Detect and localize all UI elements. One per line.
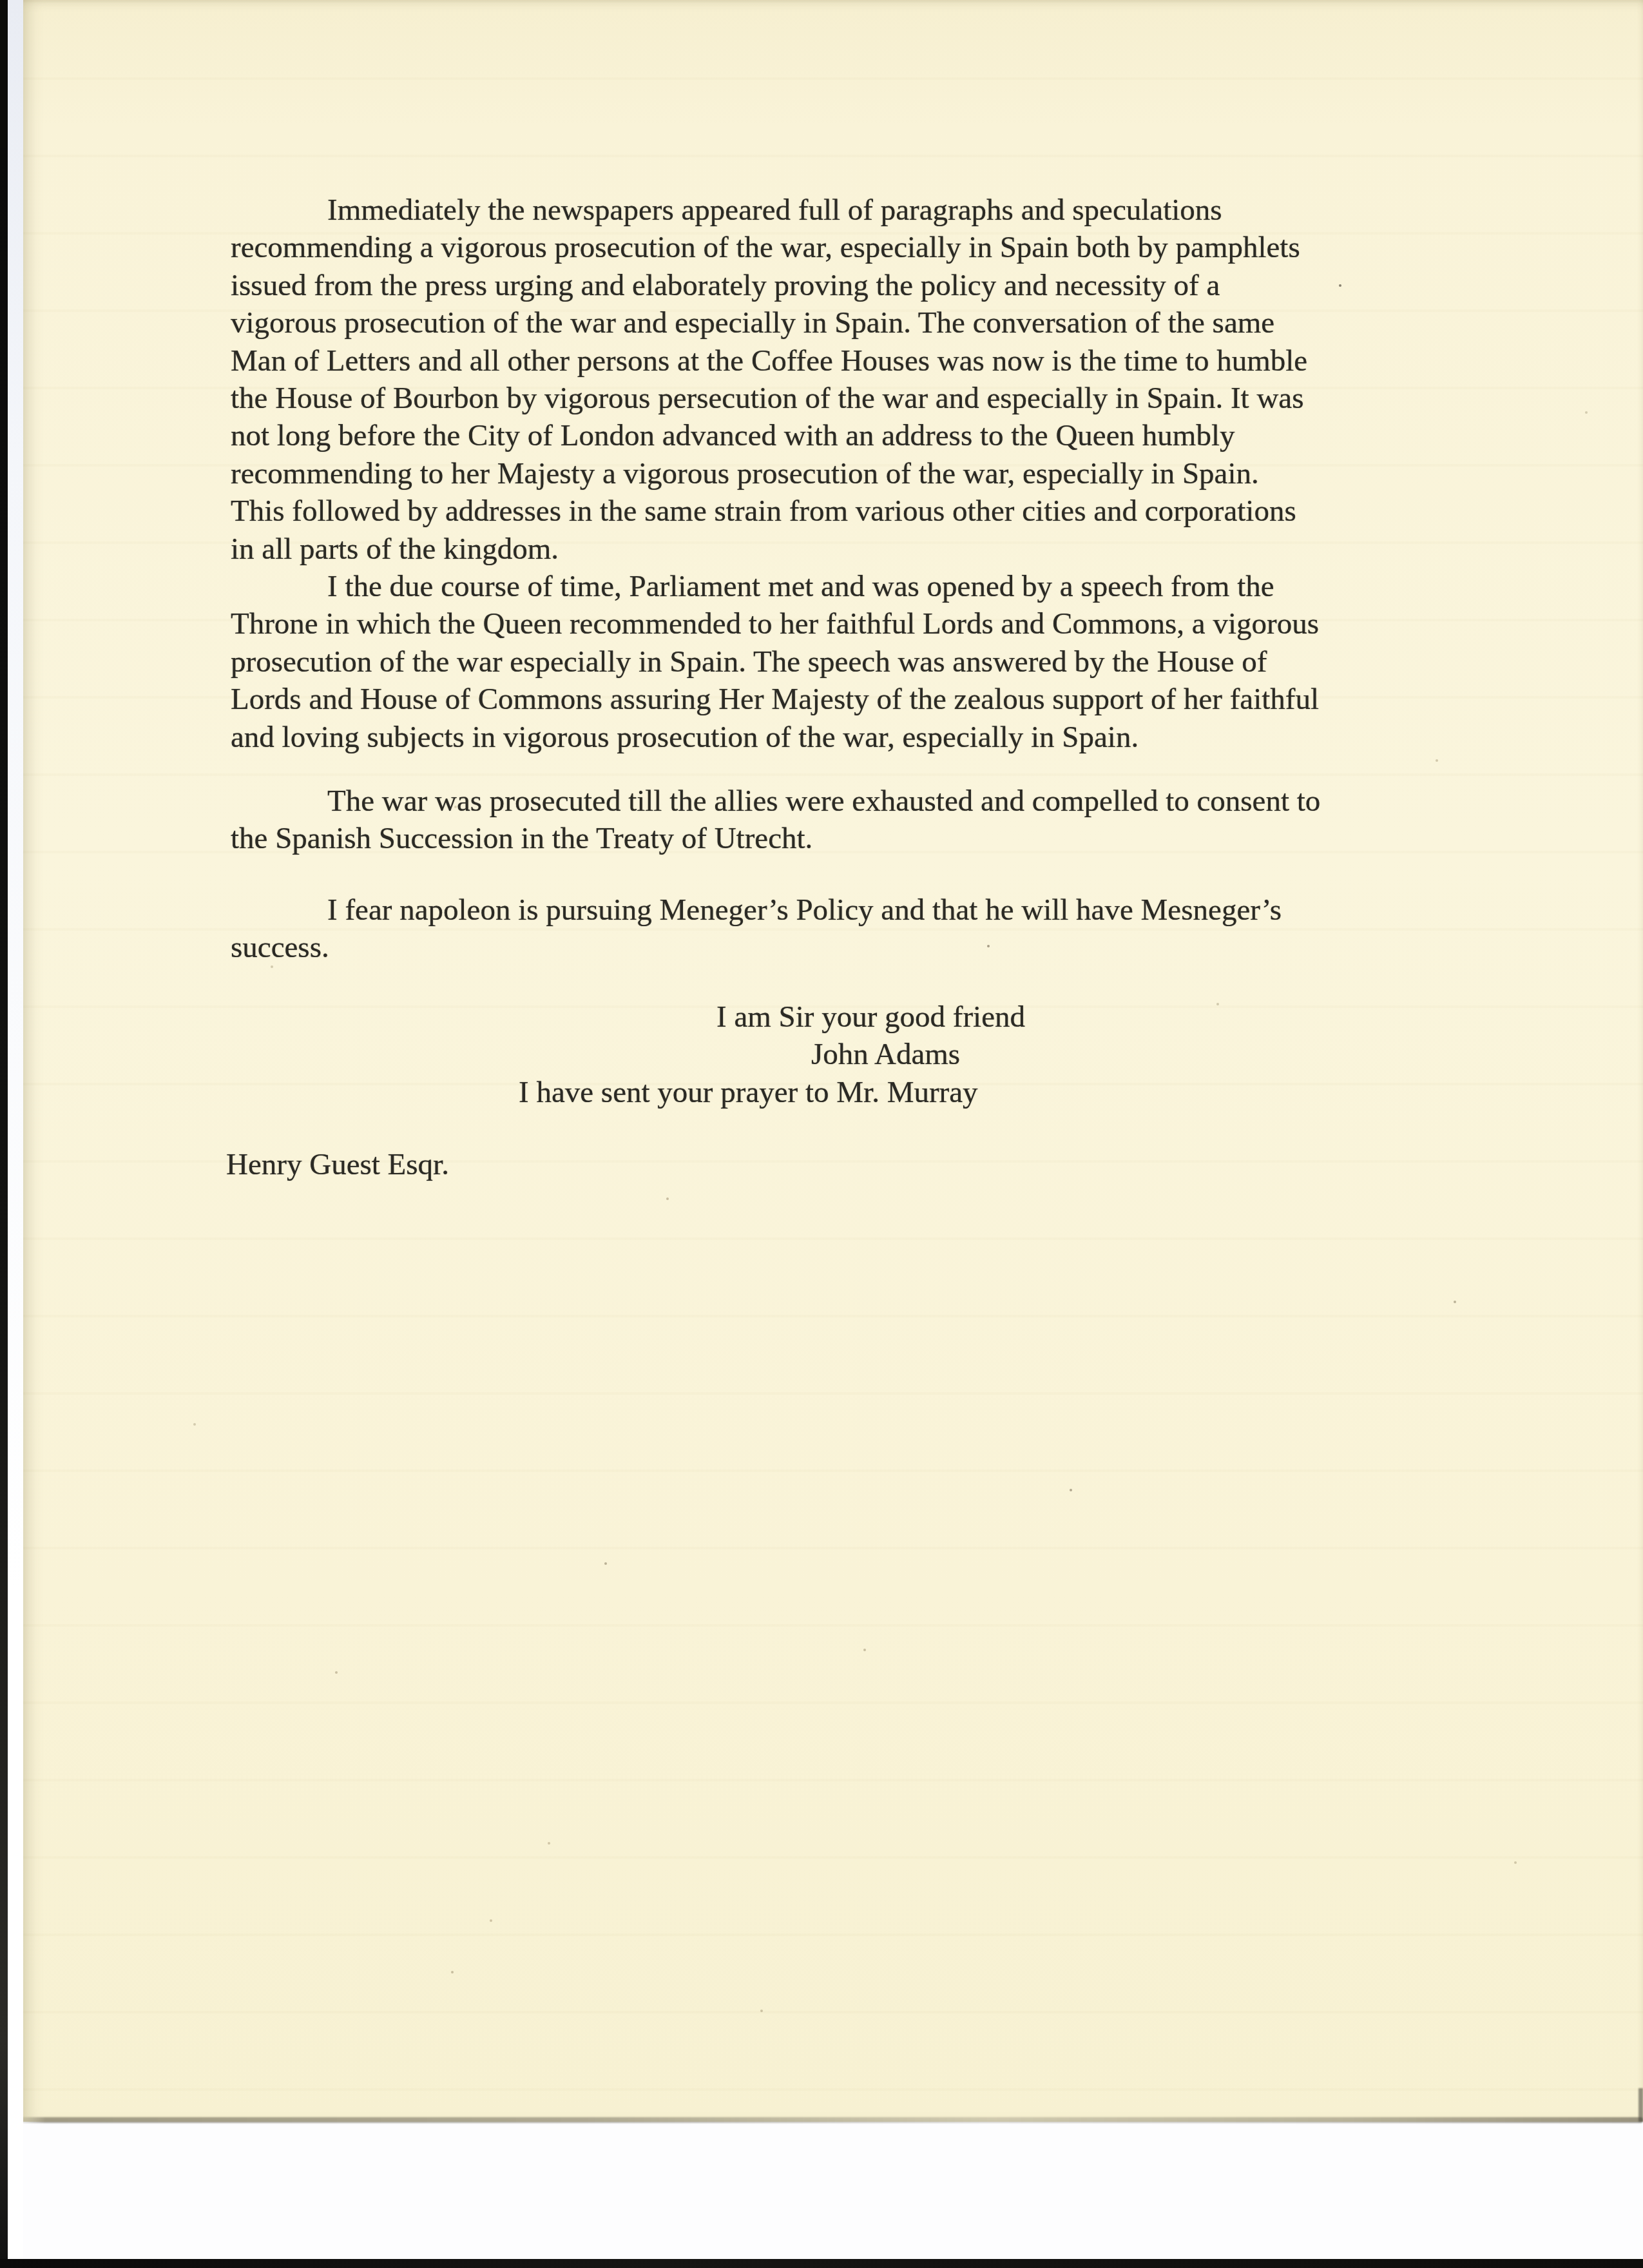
letter-line: and loving subjects in vigorous prosecut…: [231, 719, 1319, 756]
letter-line: in all parts of the kingdom.: [231, 530, 1307, 568]
letter-line: Lords and House of Commons assuring Her …: [231, 681, 1319, 718]
paragraph-2: I the due course of time, Parliament met…: [231, 568, 1319, 756]
letter-line: recommending to her Majesty a vigorous p…: [231, 455, 1307, 492]
letter-line: This followed by addresses in the same s…: [231, 492, 1307, 530]
signature-name: John Adams: [811, 1036, 960, 1073]
letter-line: not long before the City of London advan…: [231, 417, 1307, 454]
letter-line: vigorous prosecution of the war and espe…: [231, 304, 1307, 342]
letter-line: the Spanish Succession in the Treaty of …: [231, 820, 1320, 857]
letter-line: prosecution of the war especially in Spa…: [231, 643, 1319, 681]
letter-line: Immediately the newspapers appeared full…: [231, 191, 1307, 229]
letter-line: The war was prosecuted till the allies w…: [231, 782, 1320, 820]
recipient-line: Henry Guest Esqr.: [226, 1146, 449, 1183]
letter-line: success.: [231, 929, 1282, 966]
letter-line: I the due course of time, Parliament met…: [231, 568, 1319, 605]
paragraph-4: I fear napoleon is pursuing Meneger’s Po…: [231, 891, 1282, 967]
paragraph-3: The war was prosecuted till the allies w…: [231, 782, 1320, 858]
letter-line: the House of Bourbon by vigorous persecu…: [231, 380, 1307, 417]
letter-line: recommending a vigorous prosecution of t…: [231, 229, 1307, 266]
paragraph-1: Immediately the newspapers appeared full…: [231, 191, 1307, 568]
postscript-line: I have sent your prayer to Mr. Murray: [519, 1074, 978, 1111]
letter-line: I fear napoleon is pursuing Meneger’s Po…: [231, 891, 1282, 929]
letter-line: issued from the press urging and elabora…: [231, 267, 1307, 304]
letter-text: Immediately the newspapers appeared full…: [0, 0, 1643, 2268]
scanned-letter-page: Immediately the newspapers appeared full…: [0, 0, 1643, 2268]
letter-line: Man of Letters and all other persons at …: [231, 342, 1307, 380]
letter-line: Throne in which the Queen recommended to…: [231, 605, 1319, 643]
closing-line: I am Sir your good friend: [716, 998, 1025, 1036]
